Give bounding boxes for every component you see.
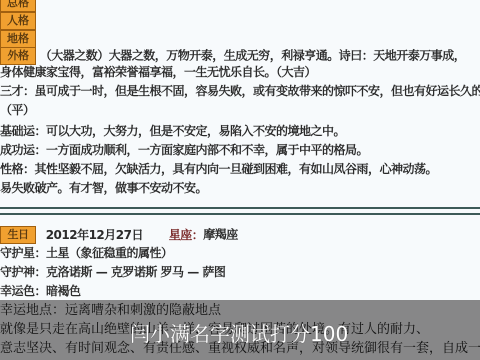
waige-text-line1: （大器之数）大器之数，万物开泰，生成无穷，利禄亨通。诗曰：天地开泰万事成， <box>40 49 466 63</box>
lucky-color-row: 幸运色：暗褐色 <box>0 284 81 298</box>
guardian-star-value: 土星（象征稳重的属性） <box>46 246 173 260</box>
guardian-star-label: 守护星： <box>0 246 46 260</box>
waige-text-line2: 身体健康家宝得，富裕荣誉福享福，一生无忧乐自长。（大吉） <box>0 65 316 79</box>
sancai-line2: （平） <box>0 103 35 117</box>
watermark-title: 闫小满名字测试打分100 <box>130 318 348 347</box>
tag-renge: 人格 <box>0 12 36 30</box>
tag-waige: 外格 <box>0 47 36 65</box>
guardian-god-value: 克洛诺斯 — 克罗诺斯 罗马 — 萨图 <box>46 265 225 279</box>
tag-birthday: 生日 <box>0 226 36 244</box>
guardian-god-label: 守护神： <box>0 265 46 279</box>
detail-extra: 易失败破产。有才智，做事不安动不安。 <box>0 181 207 195</box>
detail-xingge: 性格：其性坚毅不屈，欠缺活力，具有内向一旦碰到困难，有如山凤谷雨，心神动荡。 <box>0 162 437 176</box>
zodiac-value: 摩羯座 <box>203 228 238 242</box>
detail-chenggong: 成功运：一方面成功顺利，一方面家庭内部不和不幸，属于中平的格局。 <box>0 143 368 157</box>
zodiac-label: 星座： <box>169 228 204 242</box>
tag-dige: 地格 <box>0 30 36 48</box>
guardian-star-row: 守护星：土星（象征稳重的属性） <box>0 246 173 260</box>
birthday-date: 2012年12月27日 <box>46 228 143 242</box>
lucky-color-value: 暗褐色 <box>46 284 81 298</box>
guardian-god-row: 守护神：克洛诺斯 — 克罗诺斯 罗马 — 萨图 <box>0 265 225 279</box>
name-test-result-page: 总格 人格 地格 外格 （大器之数）大器之数，万物开泰，生成无穷，利禄亨通。诗曰… <box>0 0 480 360</box>
detail-jichu: 基础运：可以大功，大努力，但是不安定，易陷入不安的境地之中。 <box>0 124 345 138</box>
divider-top <box>0 207 480 209</box>
waige-row: 外格 （大器之数）大器之数，万物开泰，生成无穷，利禄亨通。诗曰：天地开泰万事成， <box>0 47 465 65</box>
sancai-line1: 三才：虽可成于一时，但是生根不固，容易失败，或有变故带来的惊吓不安，但也有好运长… <box>0 84 480 98</box>
divider-bottom <box>0 213 480 215</box>
lucky-color-label: 幸运色： <box>0 284 46 298</box>
birthday-row: 生日 2012年12月27日 星座：摩羯座 <box>0 226 238 244</box>
tag-zongge: 总格 <box>0 0 36 12</box>
